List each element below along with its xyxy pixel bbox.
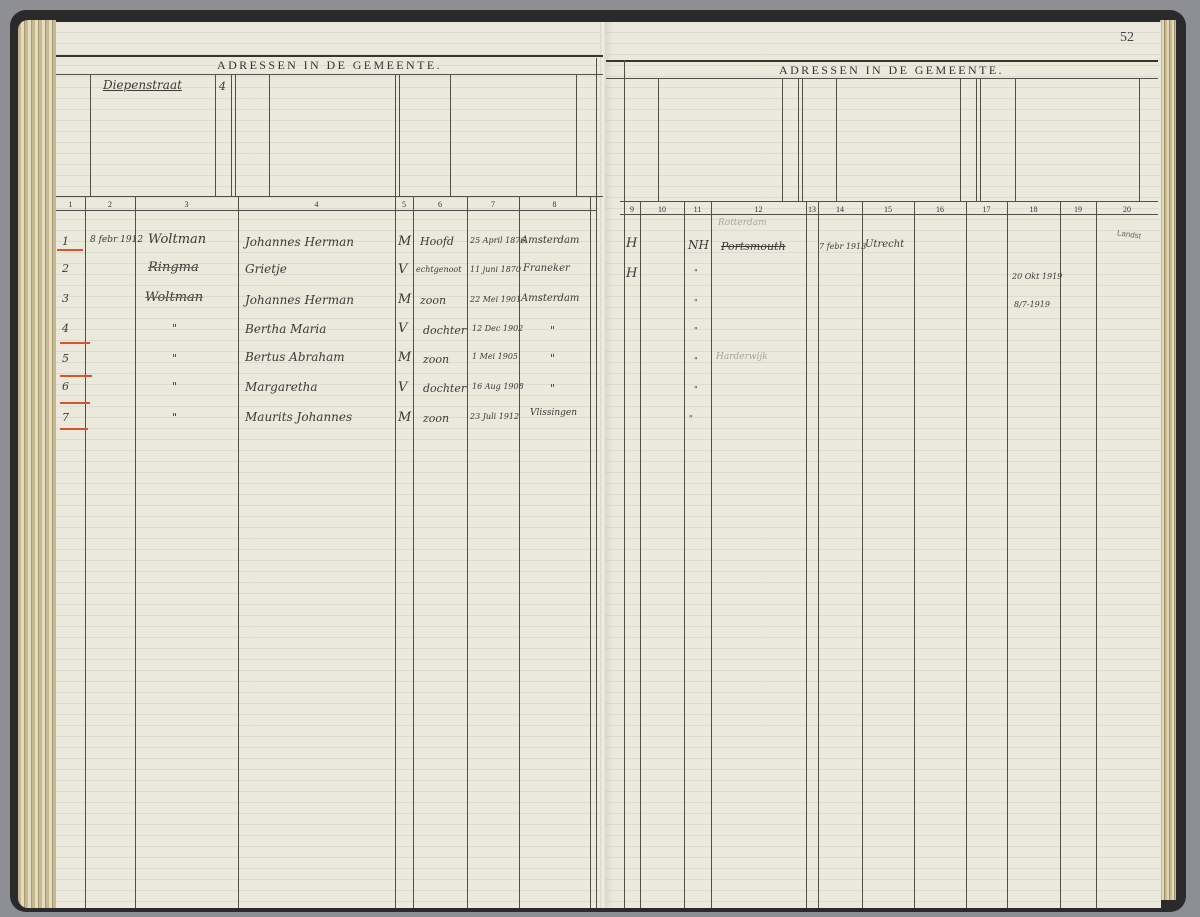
given-names: Maurits Johannes — [245, 410, 352, 424]
surname: Woltman — [145, 290, 203, 305]
col11-ditto: " — [694, 326, 698, 335]
given-names: Grietje — [245, 262, 287, 276]
rule — [960, 78, 961, 201]
rule — [395, 74, 400, 196]
birth-date: 25 April 1876 — [470, 236, 525, 245]
column-number: 12 — [711, 205, 806, 214]
column-number: 18 — [1007, 205, 1060, 214]
right-page — [603, 22, 1161, 908]
birth-date: 23 Juli 1912 — [470, 412, 519, 421]
birth-place-ditto: " — [550, 382, 555, 395]
page-edges-left — [18, 20, 56, 908]
relation: zoon — [420, 294, 446, 307]
col11-ditto: " — [694, 298, 698, 307]
given-names: Bertha Maria — [245, 322, 326, 336]
column-number: 14 — [818, 205, 862, 214]
column-number: 16 — [914, 205, 966, 214]
rule — [85, 196, 86, 908]
rule — [798, 78, 803, 201]
rule — [684, 201, 685, 908]
rule — [818, 201, 819, 908]
sex: V — [398, 321, 407, 336]
relation: echtgenoot — [416, 265, 461, 274]
rule — [976, 78, 981, 201]
col11-ditto: " — [694, 385, 698, 394]
column-number: 2 — [85, 200, 135, 209]
row-number: 1 — [62, 235, 69, 248]
birth-place-ditto: " — [550, 352, 555, 365]
birth-date: 22 Mei 1901 — [470, 295, 521, 304]
row-number: 7 — [62, 411, 69, 424]
col12-entry: Harderwijk — [716, 352, 768, 362]
rule — [620, 214, 1158, 215]
surname-ditto: " — [172, 380, 177, 393]
rule — [413, 196, 414, 908]
rule — [576, 74, 577, 196]
column-number: 15 — [862, 205, 914, 214]
surname: Ringma — [148, 260, 199, 275]
rule — [215, 74, 216, 196]
col18-entry: 20 Okt 1919 — [1012, 272, 1062, 281]
surname-ditto: " — [172, 411, 177, 424]
birth-date: 1 Mei 1905 — [472, 352, 518, 361]
column-number: 10 — [640, 205, 684, 214]
birth-place: Franeker — [523, 263, 570, 274]
rule — [135, 196, 136, 908]
rule — [231, 74, 236, 196]
given-names: Margaretha — [245, 380, 318, 394]
sex: V — [398, 380, 407, 395]
given-names: Johannes Herman — [245, 235, 354, 249]
column-number: 5 — [395, 200, 413, 209]
rule — [640, 201, 641, 908]
column-number: 6 — [413, 200, 467, 209]
rule — [658, 78, 659, 201]
sex: M — [398, 292, 411, 307]
column-number: 1 — [56, 200, 85, 209]
rule — [1007, 201, 1008, 908]
rule — [782, 78, 783, 201]
row-number: 2 — [62, 262, 69, 275]
rule — [806, 201, 807, 908]
rule — [450, 74, 451, 196]
birth-date: 11 juni 1870 — [470, 265, 521, 274]
given-names: Johannes Herman — [245, 293, 354, 307]
rule — [395, 196, 396, 908]
street-name: Diepenstraat — [103, 78, 182, 92]
rule — [1015, 78, 1016, 201]
rule — [596, 58, 597, 908]
rule — [624, 60, 625, 908]
relation: dochter — [423, 324, 466, 337]
rule — [1096, 201, 1097, 908]
relation: zoon — [423, 353, 449, 366]
sex: V — [398, 262, 407, 277]
birth-place: Amsterdam — [521, 235, 579, 246]
registration-date: 8 febr 1912 — [90, 235, 143, 245]
house-number: 4 — [219, 80, 226, 93]
rule — [56, 210, 596, 211]
right-page-title: ADRESSEN IN DE GEMEENTE. — [625, 63, 1158, 78]
col9-entry: H — [626, 236, 637, 251]
col14-entry: 7 febr 1913 — [819, 242, 866, 251]
surname: Woltman — [148, 232, 206, 247]
col11-ditto: " — [689, 414, 693, 423]
red-mark — [60, 402, 90, 404]
birth-place-ditto: " — [550, 324, 555, 337]
rule — [606, 78, 1158, 79]
rule — [914, 201, 915, 908]
surname-ditto: " — [172, 322, 177, 335]
column-number: 4 — [238, 200, 395, 209]
row-number: 5 — [62, 352, 69, 365]
col18-entry: 8/7-1919 — [1014, 300, 1050, 309]
left-page-title: ADRESSEN IN DE GEMEENTE. — [56, 58, 603, 73]
book-gutter — [600, 22, 606, 908]
red-mark — [60, 428, 88, 430]
column-number: 17 — [966, 205, 1007, 214]
rule — [966, 201, 967, 908]
red-mark — [57, 249, 83, 251]
column-number: 13 — [806, 205, 818, 214]
relation: dochter — [423, 382, 466, 395]
birth-date: 12 Dec 1902 — [472, 324, 523, 333]
rule — [711, 201, 712, 908]
col11-ditto: " — [694, 268, 698, 277]
sex: M — [398, 410, 411, 425]
row-number: 4 — [62, 322, 69, 335]
row-number: 6 — [62, 380, 69, 393]
page-number: 52 — [1120, 30, 1134, 46]
rule — [56, 196, 603, 197]
column-number: 7 — [467, 200, 519, 209]
rule — [56, 55, 603, 57]
col11-ditto: " — [694, 356, 698, 365]
rule — [56, 74, 603, 75]
rule — [90, 74, 91, 196]
given-names: Bertus Abraham — [245, 350, 345, 364]
column-number: 3 — [135, 200, 238, 209]
column-number: 9 — [624, 205, 640, 214]
page-edges-right — [1160, 20, 1176, 900]
relation: zoon — [423, 412, 449, 425]
col12-entry: Portsmouth — [721, 240, 786, 253]
col11-entry: NH — [688, 238, 709, 252]
rule — [836, 78, 837, 201]
rule — [862, 201, 863, 908]
red-mark — [60, 342, 90, 344]
relation: Hoofd — [420, 235, 454, 248]
birth-date: 16 Aug 1908 — [472, 382, 524, 391]
col15-entry: Utrecht — [865, 239, 904, 250]
left-page — [56, 22, 603, 908]
birth-place: Vlissingen — [530, 408, 577, 418]
row-number: 3 — [62, 292, 69, 305]
column-number: 20 — [1096, 205, 1158, 214]
red-mark — [60, 375, 92, 377]
sex: M — [398, 350, 411, 365]
sex: M — [398, 234, 411, 249]
surname-ditto: " — [172, 352, 177, 365]
column-number: 19 — [1060, 205, 1096, 214]
birth-place: Amsterdam — [521, 293, 579, 304]
column-number: 11 — [684, 205, 711, 214]
rule — [467, 196, 468, 908]
rule — [1060, 201, 1061, 908]
col9-entry: H — [626, 266, 637, 281]
rule — [590, 196, 591, 908]
column-number: 8 — [519, 200, 590, 209]
rule — [1139, 78, 1140, 201]
rule — [269, 74, 270, 196]
rule — [620, 201, 1158, 202]
rule — [606, 60, 1158, 62]
col12-faint-note: Rotterdam — [718, 218, 767, 228]
rule — [238, 196, 239, 908]
